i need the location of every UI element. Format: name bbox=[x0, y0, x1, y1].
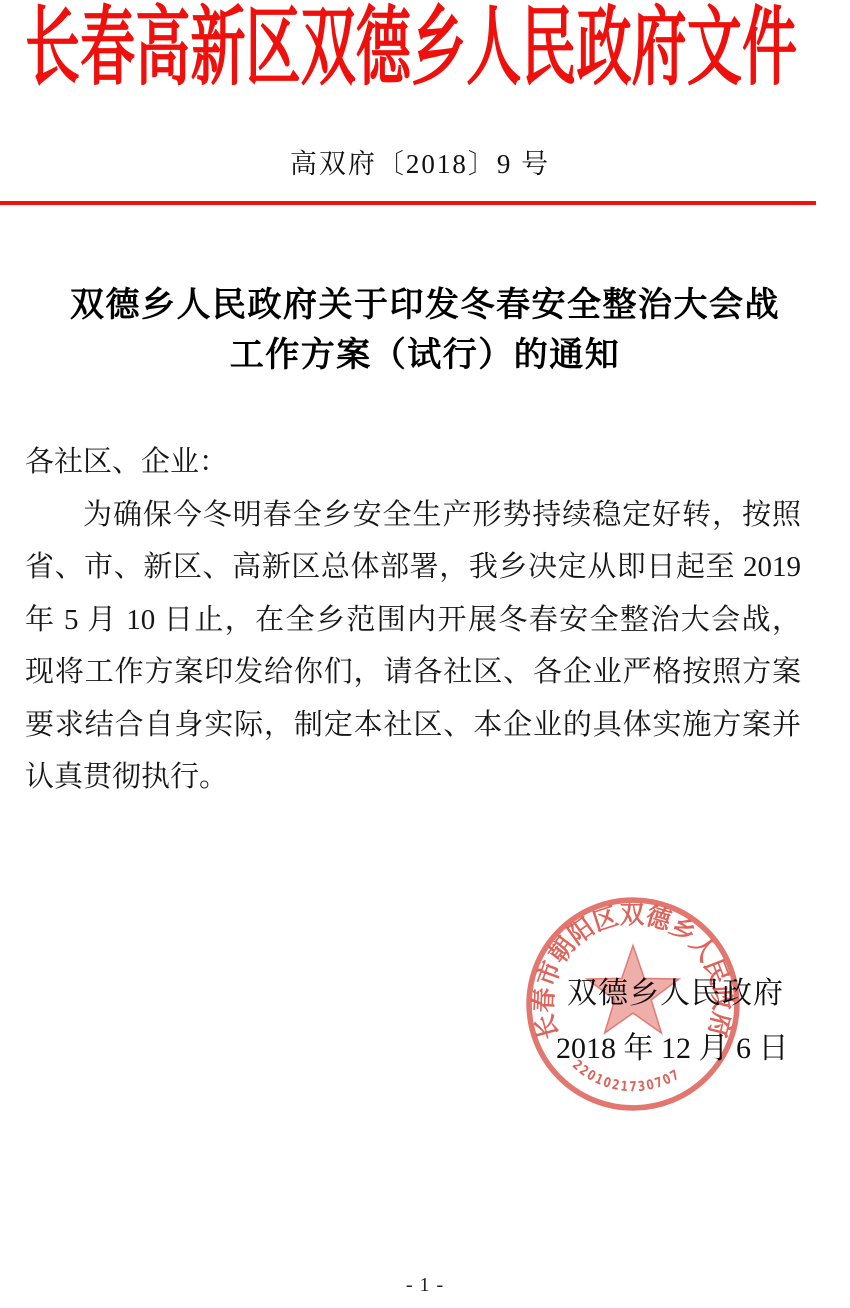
page-number: - 1 - bbox=[0, 1274, 850, 1297]
body-line: 省、市、新区、高新区总体部署，我乡决定从即日起至 2019 bbox=[25, 541, 801, 594]
signature-issuer: 双德乡人民政府 bbox=[567, 968, 784, 1012]
red-separator-line bbox=[0, 201, 816, 205]
document-header-title: 长春高新区双德乡人民政府文件 bbox=[25, 3, 797, 92]
salutation: 各社区、企业： bbox=[25, 436, 801, 489]
body-text: 各社区、企业： 为确保今冬明春全乡安全生产形势持续稳定好转，按照 省、市、新区、… bbox=[25, 436, 801, 804]
notice-title: 双德乡人民政府关于印发冬春安全整治大会战 工作方案（试行）的通知 bbox=[0, 281, 850, 381]
body-line: 认真贯彻执行。 bbox=[25, 751, 801, 804]
notice-title-line-2: 工作方案（试行）的通知 bbox=[0, 331, 850, 381]
body-line: 现将工作方案印发给你们，请各社区、各企业严格按照方案 bbox=[25, 646, 801, 699]
document-number: 高双府〔2018〕9 号 bbox=[0, 142, 840, 181]
body-line: 年 5 月 10 日止，在全乡范围内开展冬春安全整治大会战， bbox=[25, 594, 801, 647]
body-line: 为确保今冬明春全乡安全生产形势持续稳定好转，按照 bbox=[25, 489, 801, 542]
document-page: 长春高新区双德乡人民政府文件 高双府〔2018〕9 号 双德乡人民政府关于印发冬… bbox=[0, 0, 850, 1308]
body-line: 要求结合自身实际，制定本社区、本企业的具体实施方案并 bbox=[25, 699, 801, 752]
signature-date: 2018 年 12 月 6 日 bbox=[556, 1023, 789, 1067]
notice-title-line-1: 双德乡人民政府关于印发冬春安全整治大会战 bbox=[0, 281, 850, 331]
